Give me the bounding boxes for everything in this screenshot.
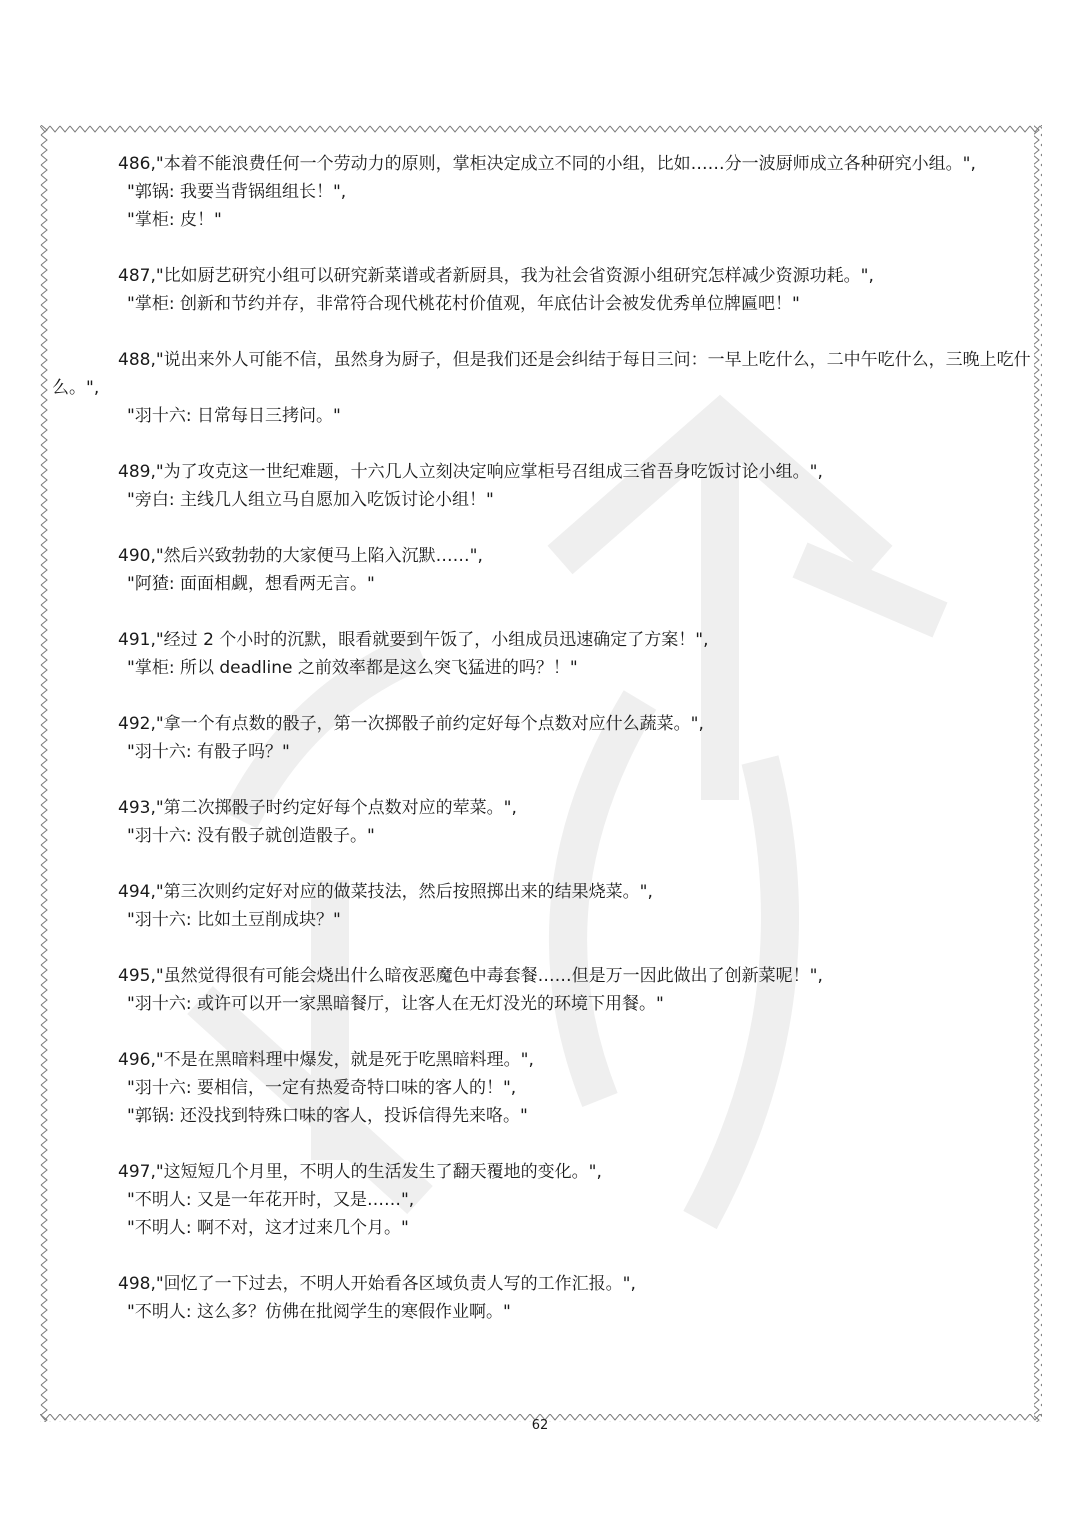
entry-narration: 491,"经过 2 个小时的沉默，眼看就要到午饭了，小组成员迅速确定了方案！", (52, 626, 1037, 654)
entry-narration: 486,"本着不能浪费任何一个劳动力的原则，掌柜决定成立不同的小组，比如……分一… (52, 150, 1037, 178)
entry-narration: 493,"第二次掷骰子时约定好每个点数对应的荤菜。", (52, 794, 1037, 822)
entry-dialogue: "羽十六: 有骰子吗？" (52, 738, 1037, 766)
entry-498: 498,"回忆了一下过去，不明人开始看各区域负责人写的工作汇报。", "不明人:… (52, 1270, 1037, 1326)
page-number: 62 (0, 1418, 1080, 1433)
entry-490: 490,"然后兴致勃勃的大家便马上陷入沉默……", "阿猹: 面面相觑，想看两无… (52, 542, 1037, 598)
entry-dialogue: "羽十六: 日常每日三拷问。" (52, 402, 1037, 430)
entry-489: 489,"为了攻克这一世纪难题，十六几人立刻决定响应掌柜号召组成三省吾身吃饭讨论… (52, 458, 1037, 514)
entry-494: 494,"第三次则约定好对应的做菜技法，然后按照掷出来的结果烧菜。", "羽十六… (52, 878, 1037, 934)
entry-486: 486,"本着不能浪费任何一个劳动力的原则，掌柜决定成立不同的小组，比如……分一… (52, 150, 1037, 234)
entry-dialogue: "阿猹: 面面相觑，想看两无言。" (52, 570, 1037, 598)
entry-dialogue: "不明人: 又是一年花开时，又是……", (52, 1186, 1037, 1214)
entry-dialogue: "郭锅: 我要当背锅组组长！", (52, 178, 1037, 206)
entry-492: 492,"拿一个有点数的骰子，第一次掷骰子前约定好每个点数对应什么蔬菜。", "… (52, 710, 1037, 766)
entry-narration: 489,"为了攻克这一世纪难题，十六几人立刻决定响应掌柜号召组成三省吾身吃饭讨论… (52, 458, 1037, 486)
document-body: 486,"本着不能浪费任何一个劳动力的原则，掌柜决定成立不同的小组，比如……分一… (52, 150, 1037, 1354)
entry-495: 495,"虽然觉得很有可能会烧出什么暗夜恶魔色中毒套餐……但是万一因此做出了创新… (52, 962, 1037, 1018)
entry-487: 487,"比如厨艺研究小组可以研究新菜谱或者新厨具，我为社会省资源小组研究怎样减… (52, 262, 1037, 318)
entry-narration: 492,"拿一个有点数的骰子，第一次掷骰子前约定好每个点数对应什么蔬菜。", (52, 710, 1037, 738)
entry-dialogue: "掌柜: 所以 deadline 之前效率都是这么突飞猛进的吗？！" (52, 654, 1037, 682)
entry-narration: 488,"说出来外人可能不信，虽然身为厨子，但是我们还是会纠结于每日三问：一早上… (52, 346, 1037, 402)
entry-narration: 494,"第三次则约定好对应的做菜技法，然后按照掷出来的结果烧菜。", (52, 878, 1037, 906)
entry-dialogue: "郭锅: 还没找到特殊口味的客人，投诉信得先来咯。" (52, 1102, 1037, 1130)
entry-493: 493,"第二次掷骰子时约定好每个点数对应的荤菜。", "羽十六: 没有骰子就创… (52, 794, 1037, 850)
entry-dialogue: "羽十六: 要相信，一定有热爱奇特口味的客人的！", (52, 1074, 1037, 1102)
entry-dialogue: "掌柜: 皮！" (52, 206, 1037, 234)
document-page: 486,"本着不能浪费任何一个劳动力的原则，掌柜决定成立不同的小组，比如……分一… (0, 0, 1080, 1528)
entry-narration: 490,"然后兴致勃勃的大家便马上陷入沉默……", (52, 542, 1037, 570)
entry-dialogue: "羽十六: 比如土豆削成块？" (52, 906, 1037, 934)
entry-488: 488,"说出来外人可能不信，虽然身为厨子，但是我们还是会纠结于每日三问：一早上… (52, 346, 1037, 430)
entry-narration: 498,"回忆了一下过去，不明人开始看各区域负责人写的工作汇报。", (52, 1270, 1037, 1298)
entry-491: 491,"经过 2 个小时的沉默，眼看就要到午饭了，小组成员迅速确定了方案！",… (52, 626, 1037, 682)
entry-496: 496,"不是在黑暗料理中爆发，就是死于吃黑暗料理。", "羽十六: 要相信，一… (52, 1046, 1037, 1130)
entry-narration: 496,"不是在黑暗料理中爆发，就是死于吃黑暗料理。", (52, 1046, 1037, 1074)
entry-narration: 487,"比如厨艺研究小组可以研究新菜谱或者新厨具，我为社会省资源小组研究怎样减… (52, 262, 1037, 290)
entry-dialogue: "羽十六: 或许可以开一家黑暗餐厅，让客人在无灯没光的环境下用餐。" (52, 990, 1037, 1018)
entry-dialogue: "羽十六: 没有骰子就创造骰子。" (52, 822, 1037, 850)
entry-narration: 497,"这短短几个月里，不明人的生活发生了翻天覆地的变化。", (52, 1158, 1037, 1186)
entry-dialogue: "不明人: 啊不对，这才过来几个月。" (52, 1214, 1037, 1242)
entry-497: 497,"这短短几个月里，不明人的生活发生了翻天覆地的变化。", "不明人: 又… (52, 1158, 1037, 1242)
entry-dialogue: "旁白: 主线几人组立马自愿加入吃饭讨论小组！" (52, 486, 1037, 514)
entry-narration: 495,"虽然觉得很有可能会烧出什么暗夜恶魔色中毒套餐……但是万一因此做出了创新… (52, 962, 1037, 990)
entry-dialogue: "不明人: 这么多？仿佛在批阅学生的寒假作业啊。" (52, 1298, 1037, 1326)
entry-dialogue: "掌柜: 创新和节约并存，非常符合现代桃花村价值观，年底估计会被发优秀单位牌匾吧… (52, 290, 1037, 318)
